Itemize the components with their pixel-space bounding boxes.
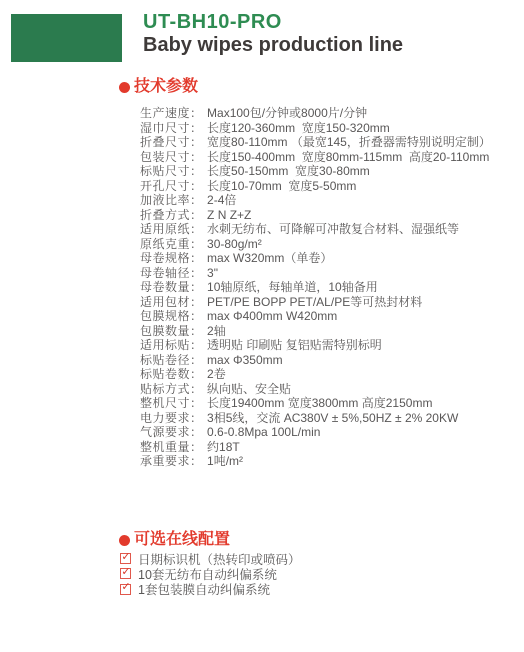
spec-row: 气源要求 ： 0.6-0.8Mpa 100L/min bbox=[140, 425, 491, 440]
spec-label: 湿巾尺寸 bbox=[140, 121, 190, 136]
spec-value: 2-4倍 bbox=[207, 193, 236, 208]
spec-row: 标贴尺寸 ： 长度50-150mm 宽度30-80mm bbox=[140, 164, 491, 179]
spec-value: 1吨/m² bbox=[207, 454, 243, 469]
spec-row: 适用包材 ： PET/PE BOPP PET/AL/PE等可热封材料 bbox=[140, 295, 491, 310]
spec-colon: ： bbox=[190, 208, 202, 223]
spec-colon: ： bbox=[190, 353, 202, 368]
specs-section-heading: 技术参数 bbox=[119, 78, 198, 96]
spec-colon: ： bbox=[190, 367, 202, 382]
spec-value: max Φ400mm W420mm bbox=[207, 309, 337, 324]
spec-row: 包膜规格 ： max Φ400mm W420mm bbox=[140, 309, 491, 324]
spec-value: 30-80g/m² bbox=[207, 237, 262, 252]
spec-label: 母卷数量 bbox=[140, 280, 190, 295]
spec-colon: ： bbox=[190, 106, 202, 121]
spec-label: 电力要求 bbox=[140, 411, 190, 426]
spec-row: 标贴卷数 ： 2卷 bbox=[140, 367, 491, 382]
spec-row: 折叠方式 ： Z N Z+Z bbox=[140, 208, 491, 223]
spec-colon: ： bbox=[190, 295, 202, 310]
spec-colon: ： bbox=[190, 121, 202, 136]
spec-colon: ： bbox=[190, 266, 202, 281]
spec-label: 适用包材 bbox=[140, 295, 190, 310]
spec-colon: ： bbox=[190, 150, 202, 165]
spec-row: 开孔尺寸 ： 长度10-70mm 宽度5-50mm bbox=[140, 179, 491, 194]
spec-value: Z N Z+Z bbox=[207, 208, 251, 223]
spec-colon: ： bbox=[190, 338, 202, 353]
spec-label: 适用原纸 bbox=[140, 222, 190, 237]
spec-label: 折叠尺寸 bbox=[140, 135, 190, 150]
spec-row: 包膜数量 ： 2轴 bbox=[140, 324, 491, 339]
spec-label: 标贴卷数 bbox=[140, 367, 190, 382]
spec-row: 湿巾尺寸 ： 长度120-360mm 宽度150-320mm bbox=[140, 121, 491, 136]
red-bullet-icon bbox=[119, 82, 130, 93]
check-icon: ✓ bbox=[121, 567, 130, 578]
spec-value: 宽度80-110mm （最宽145，折叠器需特别说明定制） bbox=[207, 135, 491, 150]
spec-colon: ： bbox=[190, 309, 202, 324]
spec-colon: ： bbox=[190, 382, 202, 397]
spec-value: 长度50-150mm 宽度30-80mm bbox=[207, 164, 370, 179]
check-icon: ✓ bbox=[121, 582, 130, 593]
spec-label: 标贴尺寸 bbox=[140, 164, 190, 179]
checked-checkbox-icon: ✓ bbox=[120, 568, 131, 579]
spec-colon: ： bbox=[190, 324, 202, 339]
spec-value: max W320mm（单卷） bbox=[207, 251, 332, 266]
spec-label: 开孔尺寸 bbox=[140, 179, 190, 194]
model-title: UT-BH10-PRO bbox=[143, 10, 403, 34]
spec-label: 生产速度 bbox=[140, 106, 190, 121]
spec-colon: ： bbox=[190, 411, 202, 426]
spec-row: 整机重量 ： 约18T bbox=[140, 440, 491, 455]
spec-colon: ： bbox=[190, 222, 202, 237]
spec-label: 标贴卷径 bbox=[140, 353, 190, 368]
spec-label: 承重要求 bbox=[140, 454, 190, 469]
spec-label: 包膜规格 bbox=[140, 309, 190, 324]
spec-value: Max100包/分钟或8000片/分钟 bbox=[207, 106, 367, 121]
spec-row: 包装尺寸 ： 长度150-400mm 宽度80mm-115mm 高度20-110… bbox=[140, 150, 491, 165]
spec-colon: ： bbox=[190, 251, 202, 266]
spec-value: 长度150-400mm 宽度80mm-115mm 高度20-110mm bbox=[207, 150, 489, 165]
spec-label: 整机重量 bbox=[140, 440, 190, 455]
spec-colon: ： bbox=[190, 396, 202, 411]
spec-row: 适用标贴 ： 透明贴 印刷贴 复铝贴需特别标明 bbox=[140, 338, 491, 353]
spec-label: 折叠方式 bbox=[140, 208, 190, 223]
spec-row: 电力要求 ： 3相5线，交流 AC380V ± 5%,50HZ ± 2% 20K… bbox=[140, 411, 491, 426]
spec-value: max Φ350mm bbox=[207, 353, 283, 368]
spec-value: 透明贴 印刷贴 复铝贴需特别标明 bbox=[207, 338, 382, 353]
spec-colon: ： bbox=[190, 440, 202, 455]
spec-value: 3" bbox=[207, 266, 218, 281]
spec-value: 3相5线，交流 AC380V ± 5%,50HZ ± 2% 20KW bbox=[207, 411, 458, 426]
product-title: Baby wipes production line bbox=[143, 34, 403, 57]
spec-row: 承重要求 ： 1吨/m² bbox=[140, 454, 491, 469]
spec-colon: ： bbox=[190, 454, 202, 469]
spec-list: 生产速度 ： Max100包/分钟或8000片/分钟 湿巾尺寸 ： 长度120-… bbox=[140, 106, 491, 469]
specs-heading-label: 技术参数 bbox=[134, 78, 198, 96]
spec-value: 水刺无纺布、可降解可冲散复合材料、湿强纸等 bbox=[207, 222, 459, 237]
spec-row: 母卷规格 ： max W320mm（单卷） bbox=[140, 251, 491, 266]
spec-label: 气源要求 bbox=[140, 425, 190, 440]
spec-colon: ： bbox=[190, 135, 202, 150]
spec-row: 贴标方式 ： 纵向贴、安全贴 bbox=[140, 382, 491, 397]
spec-label: 包装尺寸 bbox=[140, 150, 190, 165]
spec-sheet-page: UT-BH10-PRO Baby wipes production line 技… bbox=[0, 0, 524, 652]
spec-value: 长度10-70mm 宽度5-50mm bbox=[207, 179, 356, 194]
spec-row: 加液比率 ： 2-4倍 bbox=[140, 193, 491, 208]
checked-checkbox-icon: ✓ bbox=[120, 584, 131, 595]
page-header: UT-BH10-PRO Baby wipes production line bbox=[143, 10, 403, 57]
spec-value: 2轴 bbox=[207, 324, 226, 339]
spec-label: 加液比率 bbox=[140, 193, 190, 208]
spec-row: 折叠尺寸 ： 宽度80-110mm （最宽145，折叠器需特别说明定制） bbox=[140, 135, 491, 150]
spec-label: 贴标方式 bbox=[140, 382, 190, 397]
checked-checkbox-icon: ✓ bbox=[120, 553, 131, 564]
option-row: ✓ 1套包装膜自动纠偏系统 bbox=[120, 582, 301, 597]
spec-colon: ： bbox=[190, 237, 202, 252]
spec-value: 约18T bbox=[207, 440, 240, 455]
spec-label: 母卷轴径 bbox=[140, 266, 190, 281]
spec-row: 整机尺寸 ： 长度19400mm 宽度3800mm 高度2150mm bbox=[140, 396, 491, 411]
spec-value: 纵向贴、安全贴 bbox=[207, 382, 291, 397]
spec-colon: ： bbox=[190, 425, 202, 440]
spec-colon: ： bbox=[190, 179, 202, 194]
spec-row: 母卷轴径 ： 3" bbox=[140, 266, 491, 281]
spec-row: 标贴卷径 ： max Φ350mm bbox=[140, 353, 491, 368]
options-heading-label: 可选在线配置 bbox=[134, 531, 230, 549]
spec-label: 包膜数量 bbox=[140, 324, 190, 339]
spec-row: 适用原纸 ： 水刺无纺布、可降解可冲散复合材料、湿强纸等 bbox=[140, 222, 491, 237]
spec-label: 原纸克重 bbox=[140, 237, 190, 252]
spec-row: 生产速度 ： Max100包/分钟或8000片/分钟 bbox=[140, 106, 491, 121]
option-list: ✓ 日期标识机（热转印或喷码） ✓ 10套无纺布自动纠偏系统 ✓ 1套包装膜自动… bbox=[120, 551, 301, 597]
spec-row: 母卷数量 ： 10轴原纸，每轴单道，10轴备用 bbox=[140, 280, 491, 295]
spec-colon: ： bbox=[190, 164, 202, 179]
spec-colon: ： bbox=[190, 193, 202, 208]
red-bullet-icon bbox=[119, 535, 130, 546]
spec-label: 适用标贴 bbox=[140, 338, 190, 353]
spec-value: 2卷 bbox=[207, 367, 226, 382]
options-section-heading: 可选在线配置 bbox=[119, 531, 230, 549]
spec-label: 母卷规格 bbox=[140, 251, 190, 266]
spec-value: 长度120-360mm 宽度150-320mm bbox=[207, 121, 390, 136]
spec-value: 10轴原纸，每轴单道，10轴备用 bbox=[207, 280, 378, 295]
spec-row: 原纸克重 ： 30-80g/m² bbox=[140, 237, 491, 252]
spec-value: PET/PE BOPP PET/AL/PE等可热封材料 bbox=[207, 295, 422, 310]
brand-color-block bbox=[11, 14, 122, 62]
spec-value: 0.6-0.8Mpa 100L/min bbox=[207, 425, 320, 440]
check-icon: ✓ bbox=[121, 552, 130, 563]
spec-label: 整机尺寸 bbox=[140, 396, 190, 411]
spec-value: 长度19400mm 宽度3800mm 高度2150mm bbox=[207, 396, 432, 411]
spec-colon: ： bbox=[190, 280, 202, 295]
option-label: 1套包装膜自动纠偏系统 bbox=[138, 580, 270, 598]
